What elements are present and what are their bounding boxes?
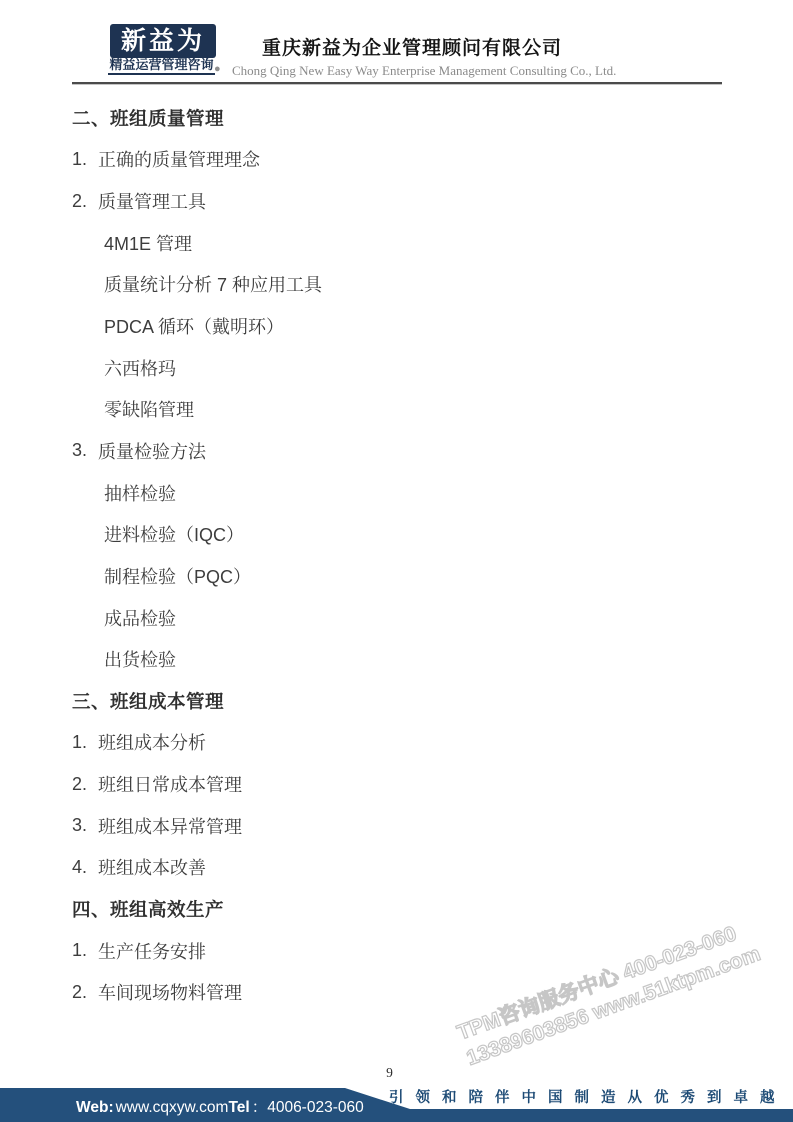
outline-subitem: 成品检验 (72, 597, 732, 639)
outline-subitem: 抽样检验 (72, 472, 732, 514)
outline-text: 质量管理工具 (98, 188, 206, 214)
outline-subitem: 六西格玛 (72, 347, 732, 389)
outline-text: 车间现场物料管理 (98, 979, 242, 1005)
outline-text: 成品检验 (104, 605, 176, 631)
web-label: Web: (76, 1099, 114, 1116)
tel-label: Tel (228, 1099, 249, 1116)
outline-subitem: 进料检验（IQC） (72, 513, 732, 555)
outline-item: 2.质量管理工具 (72, 180, 732, 222)
web-url: www.cqxyw.com (116, 1099, 229, 1116)
outline-text: 班组成本异常管理 (98, 813, 242, 839)
company-name-cn: 重庆新益为企业管理顾问有限公司 (232, 33, 592, 60)
outline-text: PDCA 循环（戴明环） (104, 313, 284, 339)
outline-item: 1.班组成本分析 (72, 722, 732, 764)
outline-text: 出货检验 (104, 646, 176, 672)
outline-text: 班组成本改善 (98, 854, 206, 880)
outline-heading: 四、班组高效生产 (72, 888, 732, 930)
outline-item: 1.生产任务安排 (72, 930, 732, 972)
outline-item: 3.质量检验方法 (72, 430, 732, 472)
outline-text: 进料检验（IQC） (104, 521, 244, 547)
outline-subitem: 制程检验（PQC） (72, 555, 732, 597)
footer-slogan: 引领和陪伴中国制造从优秀到卓越 (389, 1088, 787, 1108)
outline-text: 班组日常成本管理 (98, 771, 242, 797)
page-number: 9 (0, 1065, 779, 1081)
outline-text: 四、班组高效生产 (72, 896, 224, 922)
item-number: 3. (72, 440, 98, 461)
item-number: 1. (72, 149, 98, 170)
outline-text: 生产任务安排 (98, 938, 206, 964)
outline-item: 3.班组成本异常管理 (72, 805, 732, 847)
outline-text: 4M1E 管理 (104, 230, 192, 256)
tel-number: ：4006-023-060 (252, 1099, 364, 1116)
outline-item: 2.班组日常成本管理 (72, 763, 732, 805)
outline-item: 2.车间现场物料管理 (72, 971, 732, 1013)
outline-text: 班组成本分析 (98, 729, 206, 755)
footer-contact: Web:www.cqxyw.comTel：4006-023-060 (76, 1095, 364, 1117)
outline-text: 正确的质量管理理念 (98, 146, 260, 172)
outline-text: 三、班组成本管理 (72, 688, 224, 714)
item-number: 2. (72, 982, 98, 1003)
outline-subitem: 4M1E 管理 (72, 222, 732, 264)
logo-subtitle: 精益运营管理咨询 (108, 57, 215, 75)
outline-text: 六西格玛 (104, 355, 176, 381)
document-page: 新益为 精益运营管理咨询 ● 重庆新益为企业管理顾问有限公司 Chong Qin… (0, 0, 793, 1122)
outline-text: 零缺陷管理 (104, 396, 194, 422)
item-number: 3. (72, 815, 98, 836)
outline-subitem: 出货检验 (72, 638, 732, 680)
logo-dot-icon: ● (214, 64, 221, 75)
item-number: 1. (72, 940, 98, 961)
footer: Web:www.cqxyw.comTel：4006-023-060 引领和陪伴中… (0, 1088, 793, 1122)
item-number: 4. (72, 857, 98, 878)
outline-text: 制程检验（PQC） (104, 563, 251, 589)
header-divider (72, 82, 722, 85)
item-number: 2. (72, 774, 98, 795)
outline-text: 质量检验方法 (98, 438, 206, 464)
outline-heading: 三、班组成本管理 (72, 680, 732, 722)
company-header: 重庆新益为企业管理顾问有限公司 Chong Qing New Easy Way … (232, 33, 592, 79)
company-name-en: Chong Qing New Easy Way Enterprise Manag… (232, 63, 592, 79)
company-logo: 新益为 (110, 24, 216, 58)
outline-subitem: PDCA 循环（戴明环） (72, 305, 732, 347)
outline-subitem: 零缺陷管理 (72, 388, 732, 430)
outline-item: 4.班组成本改善 (72, 847, 732, 889)
item-number: 1. (72, 732, 98, 753)
outline-text: 质量统计分析 7 种应用工具 (104, 271, 322, 297)
item-number: 2. (72, 191, 98, 212)
course-outline: 二、班组质量管理1.正确的质量管理理念2.质量管理工具4M1E 管理质量统计分析… (72, 97, 732, 1013)
outline-item: 1.正确的质量管理理念 (72, 139, 732, 181)
outline-text: 抽样检验 (104, 480, 176, 506)
outline-subitem: 质量统计分析 7 种应用工具 (72, 264, 732, 306)
outline-text: 二、班组质量管理 (72, 105, 224, 131)
outline-heading: 二、班组质量管理 (72, 97, 732, 139)
